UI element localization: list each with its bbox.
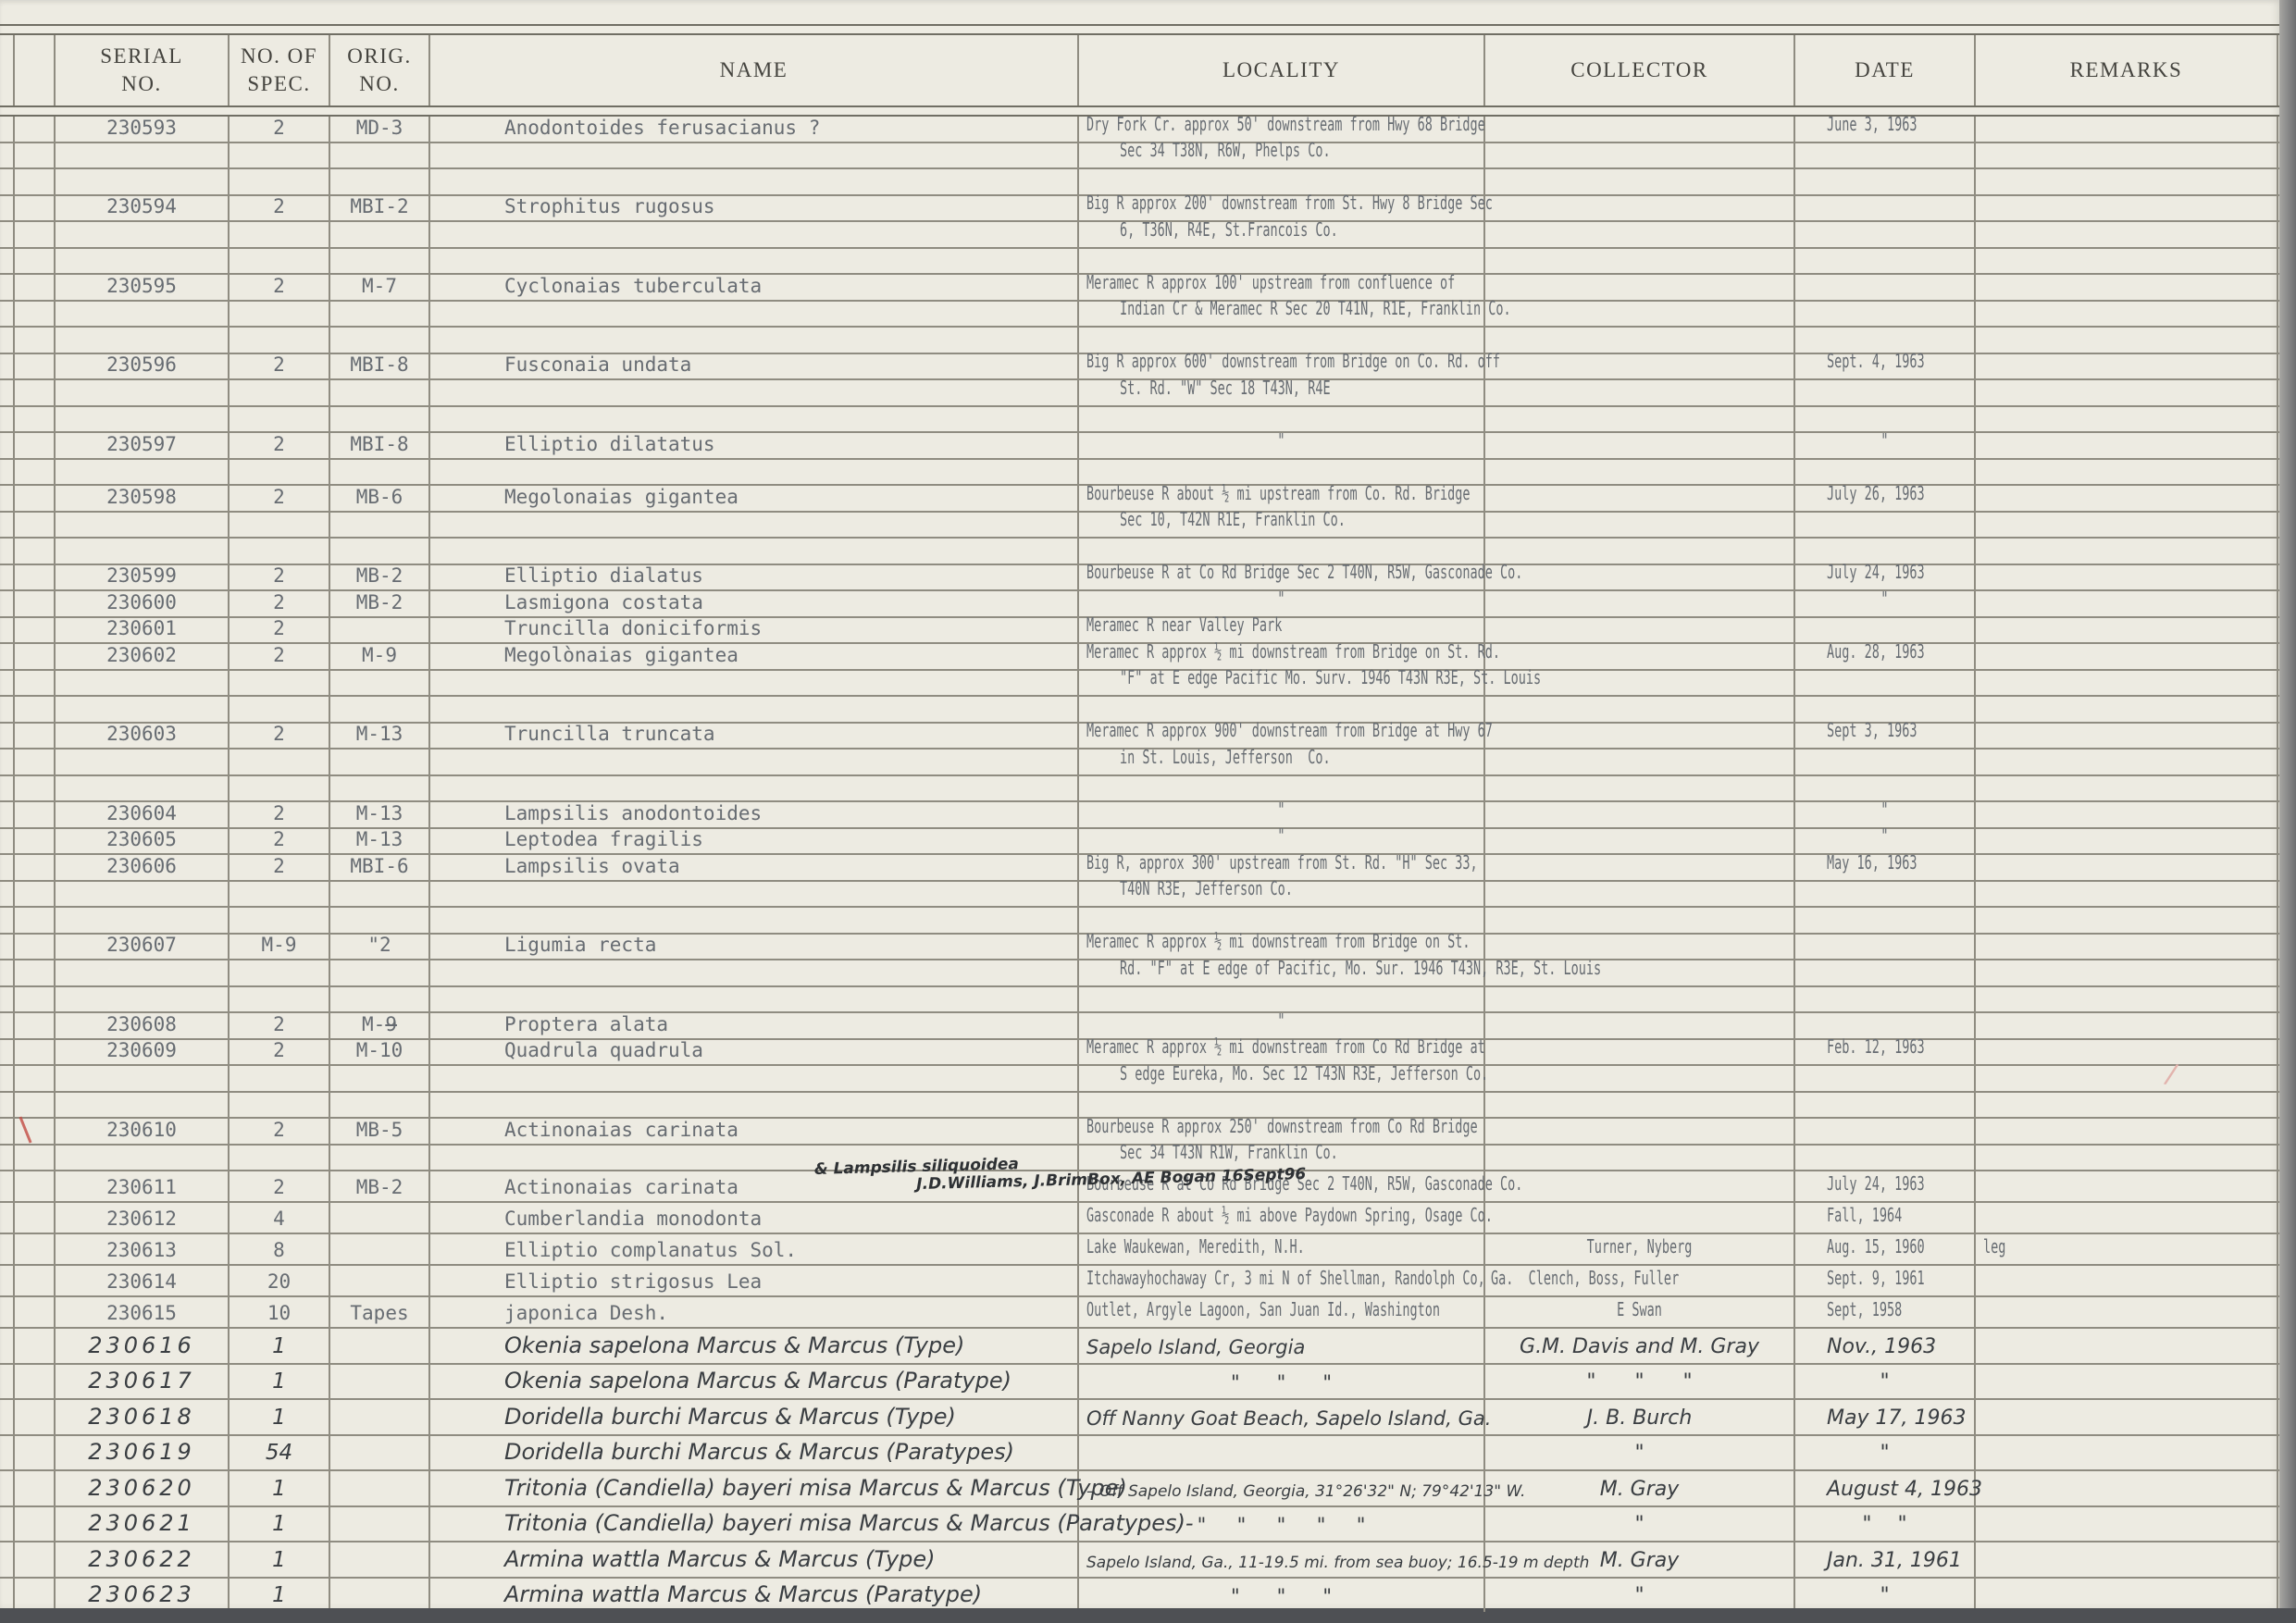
paper-left-edge bbox=[0, 855, 13, 880]
paper-left-edge bbox=[0, 407, 13, 432]
cell-name: Ligumia recta bbox=[430, 935, 1079, 960]
cell-orig-no bbox=[330, 143, 430, 168]
table-row: 230616 1 Okenia sapelona Marcus & Marcus… bbox=[0, 1329, 2279, 1365]
cell-serial-no bbox=[56, 750, 230, 774]
cell-remarks bbox=[1976, 1579, 2278, 1613]
cell-orig-no bbox=[330, 1093, 430, 1118]
cell-locality bbox=[1079, 539, 1485, 564]
paper-left-edge bbox=[0, 697, 13, 722]
cell-serial-no: 230606 bbox=[56, 855, 230, 880]
cell-no-of-spec bbox=[230, 1066, 330, 1091]
cell-orig-no bbox=[330, 1507, 430, 1542]
cell-collector bbox=[1485, 1203, 1795, 1233]
paper-left-edge bbox=[0, 35, 13, 105]
cell-serial-no bbox=[56, 882, 230, 907]
cell-margin bbox=[13, 1471, 56, 1505]
cell-date bbox=[1795, 1093, 1976, 1118]
cell-remarks bbox=[1976, 1203, 2278, 1233]
cell-name: Tritonia (Candiella) bayeri misa Marcus … bbox=[430, 1507, 1079, 1542]
cell-orig-no: M-13 bbox=[330, 829, 430, 854]
cell-orig-no: MBI-2 bbox=[330, 196, 430, 221]
cell-collector bbox=[1485, 460, 1795, 485]
cell-locality bbox=[1079, 249, 1485, 274]
paper-left-edge bbox=[0, 1400, 13, 1434]
cell-locality: Bourbeuse R approx 250' downstream from … bbox=[1079, 1119, 1485, 1144]
cell-remarks bbox=[1976, 565, 2278, 590]
cell-serial-no: 230617 bbox=[56, 1365, 230, 1399]
cell-remarks bbox=[1976, 618, 2278, 643]
cell-orig-no: "2 bbox=[330, 935, 430, 960]
col-header-text: REMARKS bbox=[2070, 56, 2183, 84]
cell-name bbox=[430, 539, 1079, 564]
cell-orig-no bbox=[330, 1329, 430, 1363]
paper-left-edge bbox=[0, 1171, 13, 1201]
cell-no-of-spec: 1 bbox=[230, 1329, 330, 1363]
cell-locality: Indian Cr & Meramec R Sec 20 T41N, R1E, … bbox=[1079, 302, 1485, 327]
cell-name bbox=[430, 671, 1079, 696]
cell-no-of-spec: 2 bbox=[230, 486, 330, 511]
cell-no-of-spec: M-9 bbox=[230, 935, 330, 960]
cell-orig-no bbox=[330, 1400, 430, 1434]
paper-left-edge bbox=[0, 196, 13, 221]
cell-date: " bbox=[1795, 829, 1976, 854]
cell-locality: Meramec R approx ½ mi downstream from Co… bbox=[1079, 1040, 1485, 1065]
paper-top-margin bbox=[0, 0, 2279, 24]
cell-orig-no bbox=[330, 671, 430, 696]
cell-locality: Itchawayhochaway Cr, 3 mi N of Shellman,… bbox=[1079, 1266, 1485, 1295]
cell-orig-no bbox=[330, 776, 430, 801]
cell-remarks bbox=[1976, 513, 2278, 538]
cell-collector: E Swan bbox=[1485, 1297, 1795, 1327]
cell-remarks bbox=[1976, 671, 2278, 696]
cell-no-of-spec bbox=[230, 697, 330, 722]
cell-remarks bbox=[1976, 1266, 2278, 1295]
cell-locality: Lake Waukewan, Meredith, N.H. bbox=[1079, 1234, 1485, 1264]
cell-name: Anodontoides ferusacianus ? bbox=[430, 117, 1079, 142]
cell-remarks bbox=[1976, 433, 2278, 458]
cell-locality: – Off Sapelo Island, Georgia, 31°26'32" … bbox=[1079, 1471, 1485, 1505]
cell-serial-no bbox=[56, 960, 230, 985]
cell-name: Actinonaias carinata& Lampsilis siliquoi… bbox=[430, 1171, 1079, 1201]
cell-margin bbox=[13, 1093, 56, 1118]
cell-locality: Big R, approx 300' upstream from St. Rd.… bbox=[1079, 855, 1485, 880]
cell-margin bbox=[13, 302, 56, 327]
paper-left-edge bbox=[0, 486, 13, 511]
paper-left-edge bbox=[0, 1119, 13, 1144]
cell-name: Okenia sapelona Marcus & Marcus (Type) bbox=[430, 1329, 1079, 1363]
cell-no-of-spec bbox=[230, 960, 330, 985]
cell-collector bbox=[1485, 513, 1795, 538]
table-row: 230603 2 M-13 Truncilla truncata Meramec… bbox=[0, 724, 2279, 750]
cell-serial-no: 230593 bbox=[56, 117, 230, 142]
cell-name: Quadrula quadrula bbox=[430, 1040, 1079, 1065]
cell-margin bbox=[13, 882, 56, 907]
cell-remarks bbox=[1976, 1542, 2278, 1577]
cell-date: " bbox=[1795, 433, 1976, 458]
cell-date bbox=[1795, 380, 1976, 405]
cell-date bbox=[1795, 1066, 1976, 1091]
paper-left-edge bbox=[0, 169, 13, 194]
cell-serial-no: 230622 bbox=[56, 1542, 230, 1577]
paper-left-edge bbox=[0, 222, 13, 247]
cell-orig-no bbox=[330, 460, 430, 485]
cell-serial-no: 230612 bbox=[56, 1203, 230, 1233]
col-header-text: ORIG. bbox=[347, 43, 411, 70]
cell-margin bbox=[13, 960, 56, 985]
cell-date bbox=[1795, 960, 1976, 985]
cell-no-of-spec bbox=[230, 249, 330, 274]
cell-locality: " " " bbox=[1079, 1365, 1485, 1399]
cell-name: Tritonia (Candiella) bayeri misa Marcus … bbox=[430, 1471, 1079, 1505]
col-header-text: NO. bbox=[359, 70, 399, 98]
table-row: 230596 2 MBI-8 Fusconaia undata Big R ap… bbox=[0, 354, 2279, 381]
cell-collector: Ga. Clench, Boss, Fuller bbox=[1485, 1266, 1795, 1295]
cell-margin bbox=[13, 539, 56, 564]
cell-collector bbox=[1485, 196, 1795, 221]
cell-remarks bbox=[1976, 222, 2278, 247]
paper-left-edge bbox=[0, 275, 13, 300]
cell-collector bbox=[1485, 591, 1795, 616]
paper-left-edge bbox=[0, 908, 13, 933]
cell-serial-no bbox=[56, 987, 230, 1012]
cell-locality: Outlet, Argyle Lagoon, San Juan Id., Was… bbox=[1079, 1297, 1485, 1327]
cell-margin bbox=[13, 1365, 56, 1399]
paper-left-edge bbox=[0, 1234, 13, 1264]
cell-date: " bbox=[1795, 591, 1976, 616]
cell-margin bbox=[13, 750, 56, 774]
cell-locality: Gasconade R about ½ mi above Paydown Spr… bbox=[1079, 1203, 1485, 1233]
cell-no-of-spec bbox=[230, 513, 330, 538]
paper-left-edge bbox=[0, 724, 13, 749]
paper-left-edge bbox=[0, 882, 13, 907]
cell-date bbox=[1795, 169, 1976, 194]
cell-collector bbox=[1485, 539, 1795, 564]
cell-date bbox=[1795, 328, 1976, 353]
cell-remarks bbox=[1976, 302, 2278, 327]
cell-serial-no: 230610 bbox=[56, 1119, 230, 1144]
table-row bbox=[0, 407, 2279, 434]
cell-serial-no: 230607 bbox=[56, 935, 230, 960]
cell-no-of-spec: 2 bbox=[230, 1119, 330, 1144]
table-row bbox=[0, 987, 2279, 1014]
cell-collector bbox=[1485, 328, 1795, 353]
cell-serial-no: 230621 bbox=[56, 1507, 230, 1542]
cell-serial-no: 230600 bbox=[56, 591, 230, 616]
table-row: Sec 10, T42N R1E, Franklin Co. bbox=[0, 513, 2279, 539]
paper-left-edge bbox=[0, 1329, 13, 1363]
cell-remarks bbox=[1976, 143, 2278, 168]
cell-margin bbox=[13, 1329, 56, 1363]
cell-locality: in St. Louis, Jefferson Co. bbox=[1079, 750, 1485, 774]
cell-orig-no bbox=[330, 407, 430, 432]
col-header-serial-no: SERIAL NO. bbox=[56, 35, 230, 105]
cell-orig-no: Tapes bbox=[330, 1297, 430, 1327]
cell-remarks bbox=[1976, 697, 2278, 722]
cell-orig-no bbox=[330, 539, 430, 564]
cell-remarks bbox=[1976, 724, 2278, 749]
cell-collector bbox=[1485, 1093, 1795, 1118]
cell-name bbox=[430, 776, 1079, 801]
cell-name: Lasmigona costata bbox=[430, 591, 1079, 616]
paper-left-edge bbox=[0, 302, 13, 327]
cell-orig-no bbox=[330, 302, 430, 327]
table-row: 230619 54 Doridella burchi Marcus & Marc… bbox=[0, 1436, 2279, 1472]
cell-margin bbox=[13, 433, 56, 458]
cell-name: Okenia sapelona Marcus & Marcus (Paratyp… bbox=[430, 1365, 1079, 1399]
cell-collector bbox=[1485, 750, 1795, 774]
cell-name bbox=[430, 460, 1079, 485]
cell-remarks bbox=[1976, 1471, 2278, 1505]
cell-margin bbox=[13, 671, 56, 696]
cell-margin bbox=[13, 275, 56, 300]
cell-no-of-spec: 2 bbox=[230, 565, 330, 590]
cell-orig-no bbox=[330, 249, 430, 274]
cell-name bbox=[430, 143, 1079, 168]
cell-name: Cyclonaias tuberculata bbox=[430, 275, 1079, 300]
cell-orig-no bbox=[330, 987, 430, 1012]
cell-locality: Meramec R approx ½ mi downstream from Br… bbox=[1079, 935, 1485, 960]
cell-collector bbox=[1485, 908, 1795, 933]
cell-margin bbox=[13, 829, 56, 854]
cell-serial-no bbox=[56, 697, 230, 722]
cell-name: Doridella burchi Marcus & Marcus (Paraty… bbox=[430, 1436, 1079, 1470]
cell-remarks bbox=[1976, 460, 2278, 485]
paper-left-edge bbox=[0, 1266, 13, 1295]
cell-date: May 17, 1963 bbox=[1795, 1400, 1976, 1434]
col-header-name: NAME bbox=[430, 35, 1079, 105]
cell-orig-no bbox=[330, 380, 430, 405]
cell-date: " bbox=[1795, 802, 1976, 827]
cell-orig-no: MBI-8 bbox=[330, 433, 430, 458]
paper-left-edge bbox=[0, 1040, 13, 1065]
cell-locality: Dry Fork Cr. approx 50' downstream from … bbox=[1079, 117, 1485, 142]
cell-margin bbox=[13, 697, 56, 722]
cell-no-of-spec bbox=[230, 882, 330, 907]
cell-orig-no bbox=[330, 750, 430, 774]
cell-collector bbox=[1485, 275, 1795, 300]
cell-remarks bbox=[1976, 908, 2278, 933]
table-row: Sec 34 T38N, R6W, Phelps Co. bbox=[0, 143, 2279, 170]
cell-orig-no bbox=[330, 960, 430, 985]
cell-date bbox=[1795, 1013, 1976, 1038]
cell-date: Sept, 1958 bbox=[1795, 1297, 1976, 1327]
cell-date: Feb. 12, 1963 bbox=[1795, 1040, 1976, 1065]
cell-serial-no bbox=[56, 222, 230, 247]
cell-locality: S edge Eureka, Mo. Sec 12 T43N R3E, Jeff… bbox=[1079, 1066, 1485, 1091]
cell-margin bbox=[13, 1066, 56, 1091]
cell-locality: Big R approx 200' downstream from St. Hw… bbox=[1079, 196, 1485, 221]
cell-collector bbox=[1485, 1066, 1795, 1091]
cell-locality: St. Rd. "W" Sec 18 T43N, R4E bbox=[1079, 380, 1485, 405]
cell-remarks bbox=[1976, 169, 2278, 194]
cell-name bbox=[430, 882, 1079, 907]
cell-no-of-spec: 2 bbox=[230, 196, 330, 221]
cell-margin bbox=[13, 908, 56, 933]
cell-name bbox=[430, 1093, 1079, 1118]
cell-remarks: leg bbox=[1976, 1234, 2278, 1264]
col-header-text: SPEC. bbox=[247, 70, 310, 98]
cell-remarks bbox=[1976, 1400, 2278, 1434]
cell-no-of-spec: 2 bbox=[230, 855, 330, 880]
cell-no-of-spec: 2 bbox=[230, 354, 330, 379]
table-row bbox=[0, 460, 2279, 487]
table-body: 230593 2 MD-3 Anodontoides ferusacianus … bbox=[0, 117, 2279, 1614]
cell-margin bbox=[13, 591, 56, 616]
cell-collector bbox=[1485, 1146, 1795, 1171]
cell-locality: Meramec R near Valley Park bbox=[1079, 618, 1485, 643]
cell-locality bbox=[1079, 1436, 1485, 1470]
cell-remarks bbox=[1976, 882, 2278, 907]
cell-name: Truncilla truncata bbox=[430, 724, 1079, 749]
cell-margin bbox=[13, 1234, 56, 1264]
cell-collector bbox=[1485, 882, 1795, 907]
cell-serial-no: 230598 bbox=[56, 486, 230, 511]
cell-locality: " bbox=[1079, 829, 1485, 854]
cell-locality: "F" at E edge Pacific Mo. Surv. 1946 T43… bbox=[1079, 671, 1485, 696]
cell-no-of-spec: 2 bbox=[230, 644, 330, 669]
cell-remarks bbox=[1976, 1146, 2278, 1171]
paper-left-edge bbox=[0, 565, 13, 590]
cell-serial-no: 230599 bbox=[56, 565, 230, 590]
cell-collector bbox=[1485, 565, 1795, 590]
cell-no-of-spec bbox=[230, 222, 330, 247]
cell-remarks bbox=[1976, 380, 2278, 405]
table-row: 230614 20 Elliptio strigosus Lea Itchawa… bbox=[0, 1266, 2279, 1297]
paper-left-edge bbox=[0, 960, 13, 985]
cell-no-of-spec bbox=[230, 380, 330, 405]
cell-no-of-spec: 1 bbox=[230, 1507, 330, 1542]
header-top-double-rule bbox=[0, 24, 2279, 35]
cell-date bbox=[1795, 882, 1976, 907]
catalog-paper: SERIAL NO. NO. OF SPEC. ORIG. NO. NAME L… bbox=[0, 0, 2279, 1608]
cell-margin bbox=[13, 407, 56, 432]
cell-name bbox=[430, 407, 1079, 432]
cell-no-of-spec bbox=[230, 671, 330, 696]
cell-orig-no: M-13 bbox=[330, 724, 430, 749]
cell-name: Armina wattla Marcus & Marcus (Paratype) bbox=[430, 1579, 1079, 1613]
cell-no-of-spec: 2 bbox=[230, 275, 330, 300]
cell-margin bbox=[13, 644, 56, 669]
cell-name: Megolònaias gigantea bbox=[430, 644, 1079, 669]
cell-remarks bbox=[1976, 935, 2278, 960]
cell-no-of-spec: 2 bbox=[230, 618, 330, 643]
cell-date bbox=[1795, 460, 1976, 485]
cell-date: Nov., 1963 bbox=[1795, 1329, 1976, 1363]
cell-collector bbox=[1485, 249, 1795, 274]
cell-orig-no: M-9 bbox=[330, 1013, 430, 1038]
cell-serial-no: 230608 bbox=[56, 1013, 230, 1038]
cell-orig-no: M-10 bbox=[330, 1040, 430, 1065]
cell-no-of-spec bbox=[230, 776, 330, 801]
cell-locality: " " " bbox=[1079, 1579, 1485, 1613]
cell-serial-no: 230615 bbox=[56, 1297, 230, 1327]
cell-date: " " bbox=[1795, 1507, 1976, 1542]
cell-orig-no bbox=[330, 882, 430, 907]
table-row bbox=[0, 776, 2279, 803]
paper-left-edge bbox=[0, 750, 13, 774]
cell-date bbox=[1795, 196, 1976, 221]
cell-locality bbox=[1079, 908, 1485, 933]
cell-name: Megolonaias gigantea bbox=[430, 486, 1079, 511]
cell-margin bbox=[13, 513, 56, 538]
cell-serial-no bbox=[56, 407, 230, 432]
cell-orig-no: MB-2 bbox=[330, 1171, 430, 1201]
cell-name: Truncilla doniciformis bbox=[430, 618, 1079, 643]
table-row bbox=[0, 1093, 2279, 1120]
cell-name: Strophitus rugosus bbox=[430, 196, 1079, 221]
paper-left-edge bbox=[0, 539, 13, 564]
paper-left-edge bbox=[0, 249, 13, 274]
cell-locality bbox=[1079, 328, 1485, 353]
cell-remarks bbox=[1976, 1436, 2278, 1470]
cell-no-of-spec: 2 bbox=[230, 1040, 330, 1065]
cell-collector bbox=[1485, 486, 1795, 511]
cell-locality: Off Nanny Goat Beach, Sapelo Island, Ga. bbox=[1079, 1400, 1485, 1434]
table-row: 230597 2 MBI-8 Elliptio dilatatus " " bbox=[0, 433, 2279, 460]
cell-collector bbox=[1485, 302, 1795, 327]
cell-no-of-spec bbox=[230, 407, 330, 432]
cell-no-of-spec: 2 bbox=[230, 117, 330, 142]
cell-margin bbox=[13, 143, 56, 168]
cell-orig-no bbox=[330, 222, 430, 247]
table-row: Indian Cr & Meramec R Sec 20 T41N, R1E, … bbox=[0, 302, 2279, 328]
cell-remarks bbox=[1976, 1013, 2278, 1038]
col-header-text: NO. bbox=[121, 70, 161, 98]
cell-name: Armina wattla Marcus & Marcus (Type) bbox=[430, 1542, 1079, 1577]
cell-orig-no bbox=[330, 1471, 430, 1505]
cell-serial-no bbox=[56, 249, 230, 274]
cell-no-of-spec: 2 bbox=[230, 829, 330, 854]
cell-name: Fusconaia undata bbox=[430, 354, 1079, 379]
cell-margin bbox=[13, 1436, 56, 1470]
cell-name bbox=[430, 960, 1079, 985]
cell-collector bbox=[1485, 1013, 1795, 1038]
cell-locality bbox=[1079, 697, 1485, 722]
cell-no-of-spec: 2 bbox=[230, 1171, 330, 1201]
cell-orig-no bbox=[330, 908, 430, 933]
table-row: "F" at E edge Pacific Mo. Surv. 1946 T43… bbox=[0, 671, 2279, 698]
cell-collector bbox=[1485, 644, 1795, 669]
cell-collector bbox=[1485, 697, 1795, 722]
cell-orig-no bbox=[330, 697, 430, 722]
cell-collector: " bbox=[1485, 1436, 1795, 1470]
cell-date bbox=[1795, 671, 1976, 696]
cell-no-of-spec: 54 bbox=[230, 1436, 330, 1470]
cell-date: June 3, 1963 bbox=[1795, 117, 1976, 142]
cell-orig-no: MB-6 bbox=[330, 486, 430, 511]
cell-date: Sept 3, 1963 bbox=[1795, 724, 1976, 749]
table-row: 230599 2 MB-2 Elliptio dialatus Bourbeus… bbox=[0, 565, 2279, 592]
cell-orig-no bbox=[330, 1146, 430, 1171]
cell-name: Doridella burchi Marcus & Marcus (Type) bbox=[430, 1400, 1079, 1434]
col-header-text: NAME bbox=[720, 56, 788, 84]
paper-left-edge bbox=[0, 354, 13, 379]
cell-serial-no bbox=[56, 460, 230, 485]
cell-collector bbox=[1485, 1040, 1795, 1065]
cell-no-of-spec bbox=[230, 460, 330, 485]
cell-serial-no: 230620 bbox=[56, 1471, 230, 1505]
cell-remarks bbox=[1976, 249, 2278, 274]
cell-margin bbox=[13, 380, 56, 405]
cell-serial-no: 230604 bbox=[56, 802, 230, 827]
cell-serial-no bbox=[56, 328, 230, 353]
cell-no-of-spec bbox=[230, 169, 330, 194]
cell-serial-no: 230618 bbox=[56, 1400, 230, 1434]
cell-remarks bbox=[1976, 1171, 2278, 1201]
cell-no-of-spec bbox=[230, 328, 330, 353]
cell-date: " bbox=[1795, 1436, 1976, 1470]
cell-date: Aug. 15, 1960 bbox=[1795, 1234, 1976, 1264]
